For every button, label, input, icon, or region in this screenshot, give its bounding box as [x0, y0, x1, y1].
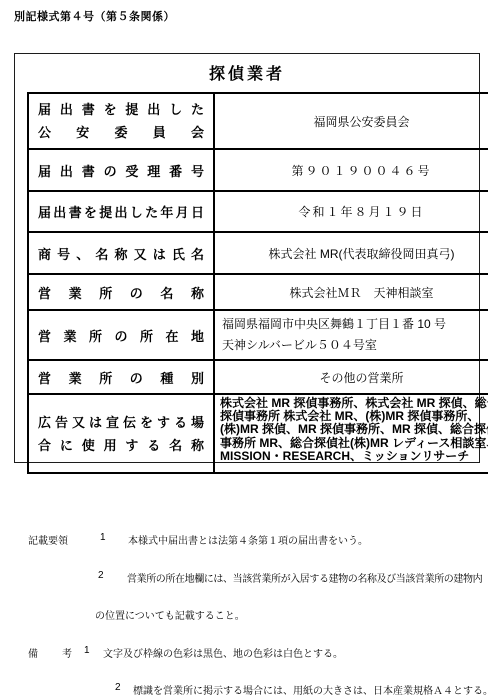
office-address-line: 福岡県福岡市中央区舞鶴１丁目１番 10 号	[222, 314, 488, 335]
row-label-receipt-number: 届出書の受理番号	[28, 149, 214, 191]
row-value-advertising-names: 株式会社 MR 探偵事務所、株式会社 MR 探偵、総合探偵事務所 株式会社 MR…	[214, 394, 488, 473]
table-row: 営業所の種別 その他の営業所	[28, 360, 488, 394]
document-title: 探偵業者	[15, 61, 479, 84]
row-label-line: 広告又は宣伝をする場	[38, 411, 204, 434]
form-reference-heading: 別記様式第４号（第５条関係）	[14, 8, 175, 24]
table-row: 営業所の名称 株式会社ＭＲ 天神相談室	[28, 274, 488, 310]
row-label-line: 公安委員会	[38, 121, 204, 144]
row-label-office-type: 営業所の種別	[28, 360, 214, 394]
remarks-item2-number: 2	[115, 682, 121, 693]
remarks-item2-text: 標識を営業所に掲示する場合には、用紙の大きさは、日本産業規格Ａ４とする。	[133, 682, 488, 697]
row-label-line: 届出書を提出した	[38, 98, 204, 121]
guide-item1-text: 本様式中届出書とは法第４条第１項の届出書をいう。	[128, 532, 368, 547]
table-row: 広告又は宣伝をする場 合に使用する名称 株式会社 MR 探偵事務所、株式会社 M…	[28, 394, 488, 473]
row-label-trade-name: 商号、名称又は氏名	[28, 232, 214, 274]
row-value-receipt-number: 第９０１９００４６号	[214, 149, 488, 191]
table-row: 商号、名称又は氏名 株式会社 MR(代表取締役岡田真弓)	[28, 232, 488, 274]
remarks-item1-number: 1	[84, 645, 90, 656]
row-value-office-name: 株式会社ＭＲ 天神相談室	[214, 274, 488, 310]
document-page: 別記様式第４号（第５条関係） 探偵業者 届出書を提出した 公安委員会 福岡県公安…	[0, 0, 488, 698]
row-value-submission-date: 令和１年８月１９日	[214, 191, 488, 232]
guide-item2-continuation: の位置についても記載すること。	[95, 607, 245, 622]
row-value-public-safety-commission: 福岡県公安委員会	[214, 93, 488, 149]
guide-item2-text: 営業所の所在地欄には、当該営業所が入居する建物の名称及び当該営業所の建物内	[127, 570, 482, 585]
remarks-section-label: 考	[62, 645, 72, 660]
row-label-public-safety-commission: 届出書を提出した 公安委員会	[28, 93, 214, 149]
remarks-section-label: 備	[28, 645, 38, 660]
guide-item2-number: 2	[98, 570, 104, 581]
row-label-line: 合に使用する名称	[38, 434, 204, 457]
row-label-office-address: 営業所の所在地	[28, 310, 214, 360]
registration-table: 届出書を提出した 公安委員会 福岡県公安委員会 届出書の受理番号 第９０１９００…	[27, 92, 488, 474]
table-row: 届出書を提出した 公安委員会 福岡県公安委員会	[28, 93, 488, 149]
table-row: 届出書の受理番号 第９０１９００４６号	[28, 149, 488, 191]
row-label-submission-date: 届出書を提出した年月日	[28, 191, 214, 232]
guide-item1-number: 1	[100, 532, 106, 543]
row-value-trade-name: 株式会社 MR(代表取締役岡田真弓)	[214, 232, 488, 274]
table-row: 届出書を提出した年月日 令和１年８月１９日	[28, 191, 488, 232]
table-row: 営業所の所在地 福岡県福岡市中央区舞鶴１丁目１番 10 号 天神シルバービル５０…	[28, 310, 488, 360]
row-value-office-address: 福岡県福岡市中央区舞鶴１丁目１番 10 号 天神シルバービル５０４号室	[214, 310, 488, 360]
guide-section-label: 記載要領	[28, 532, 68, 547]
row-label-office-name: 営業所の名称	[28, 274, 214, 310]
row-value-office-type: その他の営業所	[214, 360, 488, 394]
office-address-line: 天神シルバービル５０４号室	[222, 335, 488, 356]
remarks-item1-text: 文字及び枠線の色彩は黒色、地の色彩は白色とする。	[103, 645, 343, 660]
row-label-advertising-names: 広告又は宣伝をする場 合に使用する名称	[28, 394, 214, 473]
